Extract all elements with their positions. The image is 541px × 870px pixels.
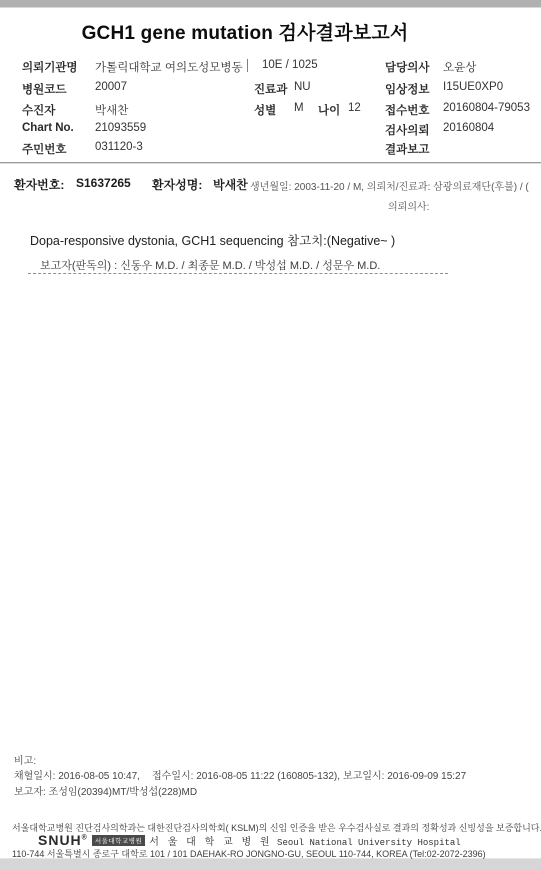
window-top-bar bbox=[0, 0, 541, 8]
value-accession-no: 20160804-79053 bbox=[443, 102, 530, 114]
reported-time: 보고일시: 2016-09-09 15:27 bbox=[343, 767, 466, 782]
value-resident-no: 031120-3 bbox=[95, 141, 143, 153]
collection-time: 채혈일시: 2016-08-05 10:47, bbox=[14, 767, 140, 782]
value-clinical-info: I15UE0XP0 bbox=[443, 81, 503, 93]
patient-name-label: 환자성명: bbox=[152, 176, 202, 193]
reporters-line: 보고자(판독의) : 신동우 M.D. / 최종문 M.D. / 박성섭 M.D… bbox=[40, 257, 380, 273]
label-accession-no: 접수번호 bbox=[385, 102, 429, 118]
label-requesting-institution: 의뢰기관명 bbox=[22, 59, 78, 75]
referring-doctor-label: 의뢰의사: bbox=[388, 198, 429, 213]
label-examinee: 수진자 bbox=[22, 102, 55, 118]
test-result-line: Dopa-responsive dystonia, GCH1 sequencin… bbox=[30, 231, 395, 249]
label-attending-doctor: 담당의사 bbox=[385, 59, 429, 75]
label-clinical-info: 임상정보 bbox=[385, 81, 429, 97]
hospital-address: 110-744 서울특별시 종로구 대학로 101 / 101 DAEHAK-R… bbox=[12, 847, 486, 860]
dashed-separator bbox=[28, 273, 448, 274]
value-chart-no: 21093559 bbox=[95, 122, 146, 134]
cursor-artifact bbox=[247, 59, 248, 72]
value-age: 12 bbox=[348, 102, 361, 114]
received-time: 접수일시: 2016-08-05 11:22 (160805-132), bbox=[152, 767, 340, 782]
snuh-badge: 서울대학교병원 bbox=[92, 835, 145, 846]
section-divider bbox=[0, 162, 541, 164]
label-chart-no: Chart No. bbox=[22, 122, 74, 134]
report-title: GCH1 gene mutation 검사결과보고서 bbox=[0, 18, 490, 45]
remarks-label: 비고: bbox=[14, 752, 36, 767]
patient-number: S1637265 bbox=[76, 176, 131, 190]
label-resident-no: 주민번호 bbox=[22, 141, 66, 157]
patient-name: 박새찬 bbox=[213, 176, 248, 193]
label-test-requested: 검사의뢰 bbox=[385, 122, 429, 138]
value-test-requested: 20160804 bbox=[443, 122, 494, 134]
label-result-reported: 결과보고 bbox=[385, 141, 429, 157]
value-examinee: 박새찬 bbox=[95, 102, 128, 118]
label-department: 진료과 bbox=[254, 81, 287, 97]
remarks-reporter: 보고자: 조성임(20394)MT/박성섭(228)MD bbox=[14, 783, 197, 798]
value-attending-doctor: 오윤상 bbox=[443, 59, 476, 75]
patient-number-label: 환자번호: bbox=[14, 176, 64, 193]
patient-detail: 생년월일: 2003-11-20 / M, 의뢰처/진료과: 삼광의료재단(후불… bbox=[250, 178, 529, 193]
registered-mark: ® bbox=[82, 834, 88, 841]
snuh-logo: SNUH® bbox=[38, 832, 88, 848]
label-hospital-code: 병원코드 bbox=[22, 81, 66, 97]
label-sex: 성별 bbox=[254, 102, 276, 118]
value-hospital-code: 20007 bbox=[95, 81, 127, 93]
value-ward-room: 10E / 1025 bbox=[262, 59, 318, 71]
label-age: 나이 bbox=[318, 102, 340, 118]
value-requesting-institution: 가톨릭대학교 여의도성모병동 bbox=[95, 59, 243, 75]
value-department: NU bbox=[294, 81, 311, 93]
value-sex: M bbox=[294, 102, 304, 114]
